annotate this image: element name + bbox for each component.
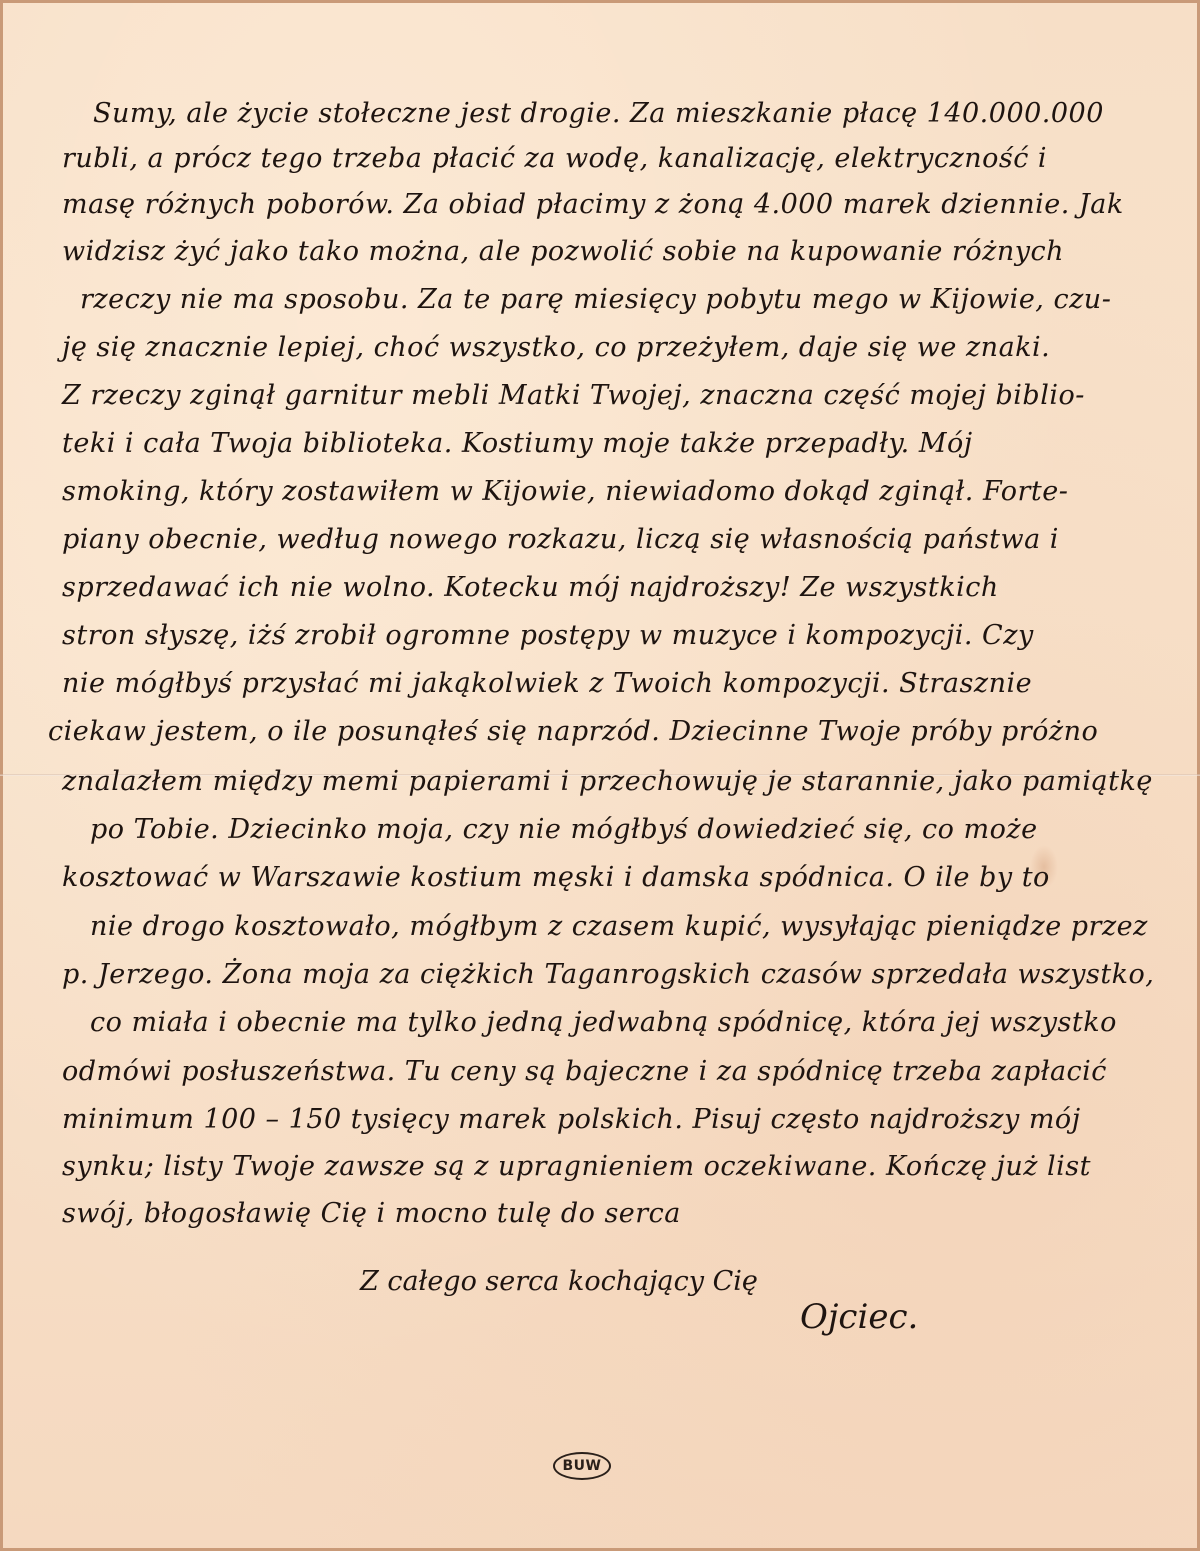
letter-line: stron słyszę, iżś zrobił ogromne postępy… <box>62 620 1200 651</box>
letter-line: odmówi posłuszeństwa. Tu ceny są bajeczn… <box>62 1056 1200 1087</box>
letter-line: synku; listy Twoje zawsze są z upragnien… <box>62 1151 1200 1182</box>
library-stamp: BUW <box>553 1452 611 1480</box>
letter-line: masę różnych poborów. Za obiad płacimy z… <box>62 189 1200 220</box>
letter-line: swój, błogosławię Cię i mocno tulę do se… <box>62 1198 1200 1229</box>
library-stamp-text: BUW <box>563 1458 602 1474</box>
letter-line: teki i cała Twoja biblioteka. Kostiumy m… <box>62 428 1200 459</box>
letter-line: widzisz żyć jako tako można, ale pozwoli… <box>62 236 1200 267</box>
letter-line: ję się znacznie lepiej, choć wszystko, c… <box>62 332 1200 363</box>
letter-line: Sumy, ale życie stołeczne jest drogie. Z… <box>93 98 1200 129</box>
letter-line: minimum 100 – 150 tysięcy marek polskich… <box>62 1104 1200 1135</box>
letter-line: nie mógłbyś przysłać mi jakąkolwiek z Tw… <box>62 668 1200 699</box>
letter-line: Z rzeczy zginął garnitur mebli Matki Two… <box>62 380 1200 411</box>
letter-line: ciekaw jestem, o ile posunąłeś się naprz… <box>48 716 1200 747</box>
letter-signature: Ojciec. <box>800 1297 918 1337</box>
letter-closing: Z całego serca kochający Cię <box>360 1266 758 1297</box>
letter-line: smoking, który zostawiłem w Kijowie, nie… <box>62 476 1200 507</box>
letter-line: co miała i obecnie ma tylko jedną jedwab… <box>90 1007 1200 1038</box>
letter-line: piany obecnie, według nowego rozkazu, li… <box>62 524 1200 555</box>
letter-line: sprzedawać ich nie wolno. Kotecku mój na… <box>62 572 1200 603</box>
letter-line: po Tobie. Dziecinko moja, czy nie mógłby… <box>90 814 1200 845</box>
letter-line: rubli, a prócz tego trzeba płacić za wod… <box>62 143 1200 174</box>
letter-line: znalazłem między memi papierami i przech… <box>62 766 1200 797</box>
letter-line: kosztować w Warszawie kostium męski i da… <box>62 862 1200 893</box>
letter-line: nie drogo kosztowało, mógłbym z czasem k… <box>90 911 1200 942</box>
letter-page: Sumy, ale życie stołeczne jest drogie. Z… <box>0 0 1200 1551</box>
letter-line: p. Jerzego. Żona moja za ciężkich Taganr… <box>62 959 1200 990</box>
letter-line: rzeczy nie ma sposobu. Za te parę miesię… <box>80 284 1200 315</box>
